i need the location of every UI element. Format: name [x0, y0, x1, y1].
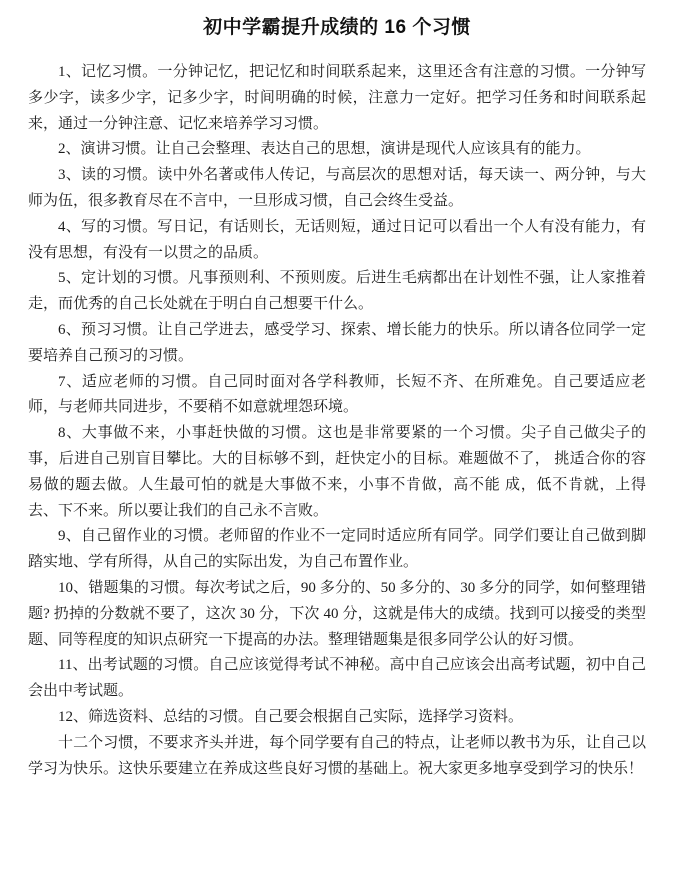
paragraph: 1、记忆习惯。一分钟记忆，把记忆和时间联系起来，这里还含有注意的习惯。一分钟写多… [28, 60, 646, 137]
paragraph: 十二个习惯，不要求齐头并进，每个同学要有自己的特点，让老师以教书为乐，让自己以学… [28, 731, 646, 783]
document-body: 1、记忆习惯。一分钟记忆，把记忆和时间联系起来，这里还含有注意的习惯。一分钟写多… [28, 60, 646, 782]
document-title: 初中学霸提升成绩的 16 个习惯 [28, 12, 646, 39]
paragraph: 9、自己留作业的习惯。老师留的作业不一定同时适应所有同学。同学们要让自己做到脚踏… [28, 524, 646, 576]
paragraph: 5、定计划的习惯。凡事预则利、不预则废。后进生毛病都出在计划性不强，让人家推着走… [28, 266, 646, 318]
paragraph: 2、演讲习惯。让自己会整理、表达自己的思想，演讲是现代人应该具有的能力。 [28, 137, 646, 163]
document-page: 初中学霸提升成绩的 16 个习惯 1、记忆习惯。一分钟记忆，把记忆和时间联系起来… [0, 0, 674, 889]
paragraph: 4、写的习惯。写日记，有话则长，无话则短，通过日记可以看出一个人有没有能力，有没… [28, 215, 646, 267]
paragraph: 7、适应老师的习惯。自己同时面对各学科教师，长短不齐、在所难免。自己要适应老师，… [28, 370, 646, 422]
paragraph: 10、错题集的习惯。每次考试之后，90 多分的、50 多分的、30 多分的同学，… [28, 576, 646, 653]
paragraph: 6、预习习惯。让自己学进去，感受学习、探索、增长能力的快乐。所以请各位同学一定要… [28, 318, 646, 370]
paragraph: 8、大事做不来，小事赶快做的习惯。这也是非常要紧的一个习惯。尖子自己做尖子的事，… [28, 421, 646, 524]
paragraph: 11、出考试题的习惯。自己应该觉得考试不神秘。高中自己应该会出高考试题，初中自己… [28, 653, 646, 705]
paragraph: 12、筛选资料、总结的习惯。自己要会根据自己实际，选择学习资料。 [28, 705, 646, 731]
paragraph: 3、读的习惯。读中外名著或伟人传记，与高层次的思想对话，每天读一、两分钟，与大师… [28, 163, 646, 215]
